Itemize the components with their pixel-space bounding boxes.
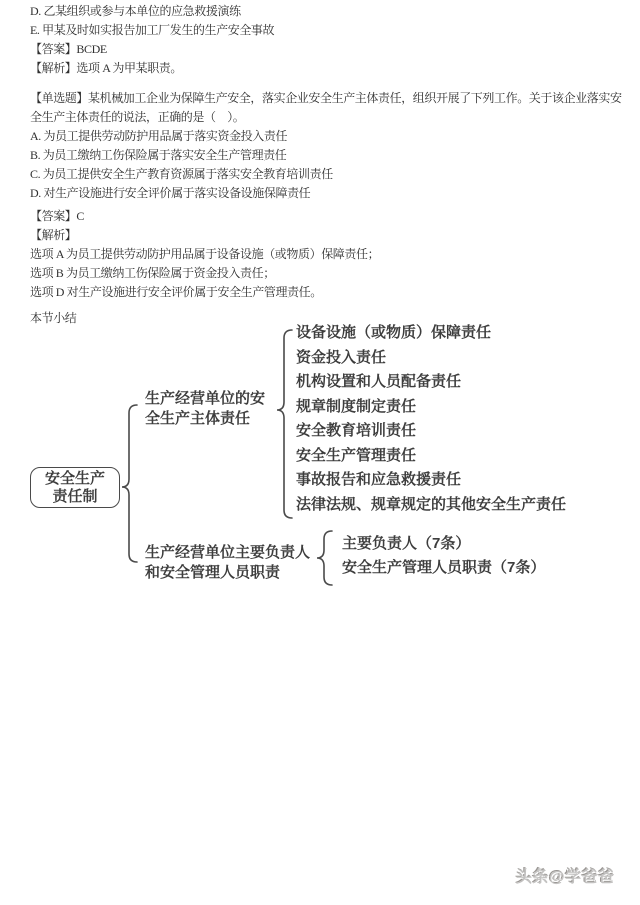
diagram-item: 设备设施（或物质）保障责任 [296,321,566,346]
brace-root [122,405,137,562]
diagram-branch2-label: 生产经营单位主要负责人 和安全管理人员职责 [145,543,310,583]
branch1-label-line2: 全生产主体责任 [145,409,265,429]
brace-branch1 [277,330,292,518]
diagram-item: 安全生产管理责任 [296,444,566,469]
branch2-label-line1: 生产经营单位主要负责人 [145,543,310,563]
diagram-item: 规章制度制定责任 [296,395,566,420]
root-node-label-line2: 责任制 [52,488,97,506]
branch1-label-line1: 生产经营单位的安 [145,389,265,409]
diagram-item: 法律法规、规章规定的其他安全生产责任 [296,493,566,518]
diagram-item: 主要负责人（7条） [342,532,545,556]
branch2-label-line2: 和安全管理人员职责 [145,563,310,583]
root-node-label-line1: 安全生产 [45,470,105,488]
diagram-branch1-label: 生产经营单位的安 全生产主体责任 [145,389,265,429]
summary-bracket-diagram: 安全生产 责任制 生产经营单位的安 全生产主体责任 设备设施（或物质）保障责任 … [0,0,640,905]
diagram-item: 安全教育培训责任 [296,419,566,444]
watermark: 头条@学爸爸 [516,864,615,887]
diagram-item: 资金投入责任 [296,346,566,371]
diagram-root-node: 安全生产 责任制 [30,467,120,508]
brace-branch2 [317,531,332,585]
diagram-item: 安全生产管理人员职责（7条） [342,556,545,580]
diagram-branch1-items: 设备设施（或物质）保障责任 资金投入责任 机构设置和人员配备责任 规章制度制定责… [296,321,566,517]
diagram-item: 事故报告和应急救援责任 [296,468,566,493]
diagram-branch2-items: 主要负责人（7条） 安全生产管理人员职责（7条） [342,532,545,580]
diagram-item: 机构设置和人员配备责任 [296,370,566,395]
